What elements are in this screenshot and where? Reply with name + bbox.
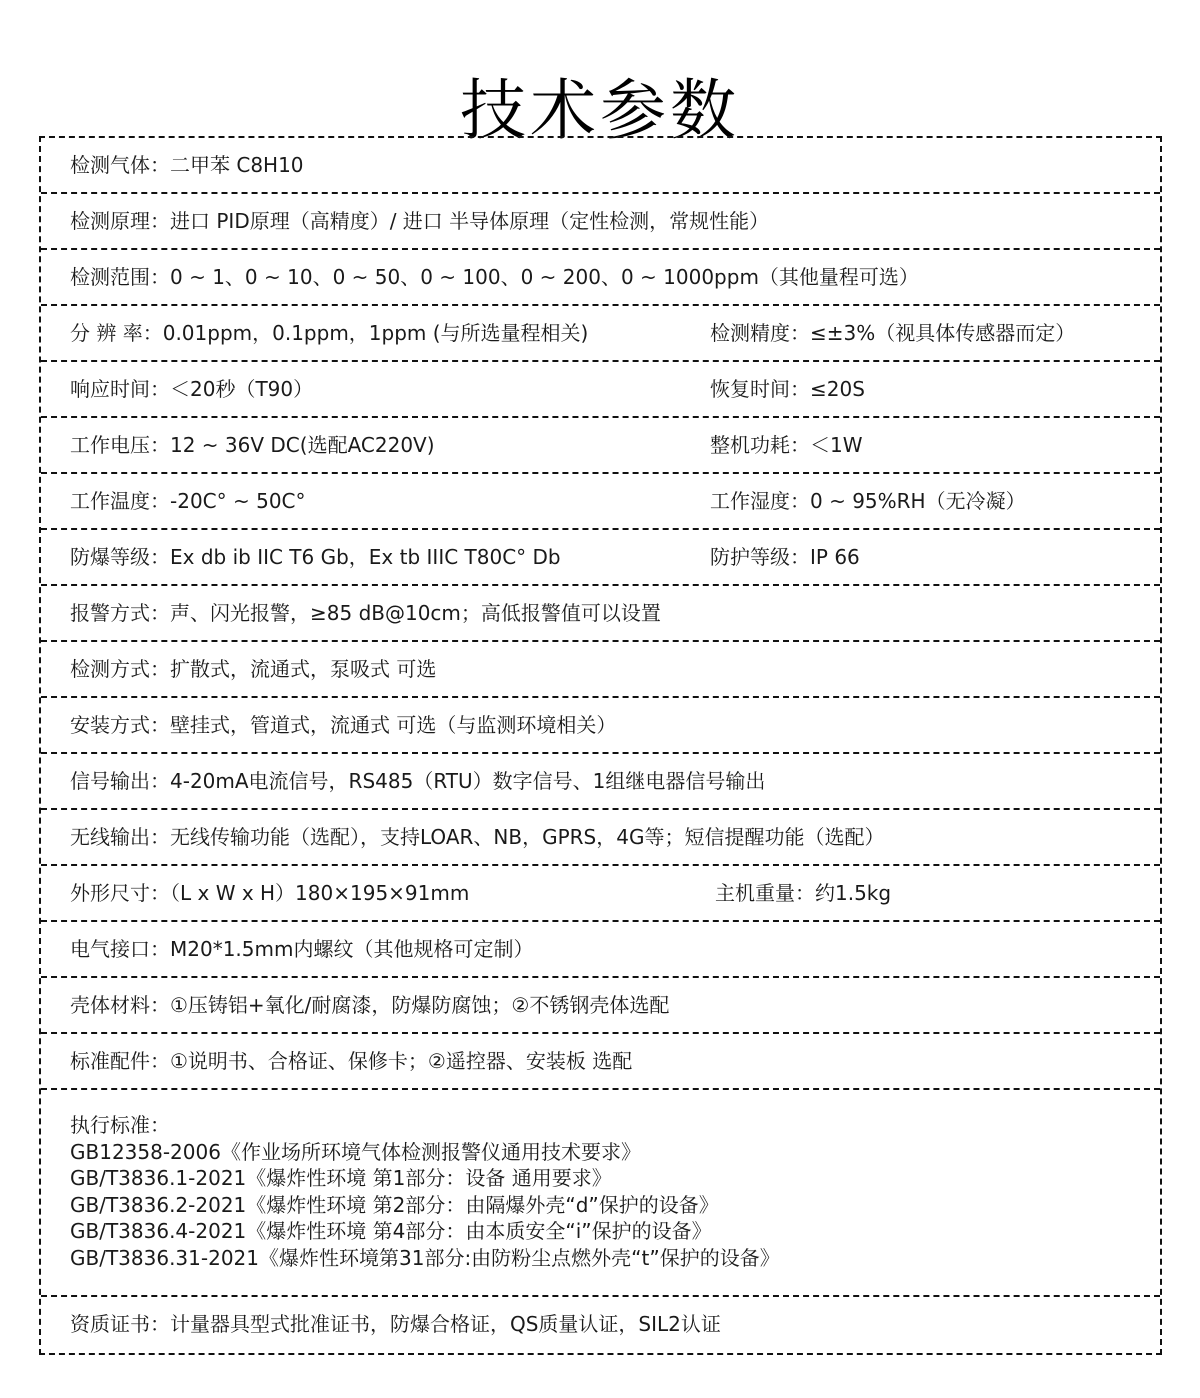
spec-label: 信号输出： (70, 769, 170, 793)
spec-label: 检测范围： (70, 265, 170, 289)
spec-row-explosion-protection: 防爆等级：Ex db ib IIC T6 Gb，Ex tb IIIC T80C°… (41, 530, 1160, 586)
spec-row-wireless-output: 无线输出：无线传输功能（选配），支持LOAR、NB，GPRS，4G等；短信提醒功… (41, 810, 1160, 866)
spec-label: 响应时间： (70, 377, 170, 401)
spec-row-range: 检测范围：0 ~ 1、0 ~ 10、0 ~ 50、0 ~ 100、0 ~ 200… (41, 250, 1160, 306)
spec-cell: 安装方式：壁挂式，管道式，流通式 可选（与监测环境相关） (70, 698, 616, 752)
spec-cell: 无线输出：无线传输功能（选配），支持LOAR、NB，GPRS，4G等；短信提醒功… (70, 810, 884, 864)
spec-row-signal-output: 信号输出：4-20mA电流信号，RS485（RTU）数字信号、1组继电器信号输出 (41, 754, 1160, 810)
spec-label: 防爆等级： (70, 545, 170, 569)
standard-item: GB/T3836.1-2021《爆炸性环境 第1部分：设备 通用要求》 (70, 1165, 1160, 1192)
spec-row-voltage-power: 工作电压：12 ~ 36V DC(选配AC220V) 整机功耗：＜1W (41, 418, 1160, 474)
spec-value: 4-20mA电流信号，RS485（RTU）数字信号、1组继电器信号输出 (170, 769, 765, 793)
spec-cell: 壳体材料：①压铸铝+氧化/耐腐漆，防爆防腐蚀；②不锈钢壳体选配 (70, 978, 669, 1032)
spec-cell: 分 辨 率：0.01ppm，0.1ppm，1ppm (与所选量程相关) (70, 306, 588, 360)
spec-cell: 恢复时间：≤20S (710, 362, 865, 416)
spec-value: ＜20秒（T90） (170, 377, 313, 401)
spec-row-principle: 检测原理：进口 PID原理（高精度）/ 进口 半导体原理（定性检测，常规性能） (41, 194, 1160, 250)
spec-label: 检测方式： (70, 657, 170, 681)
standards-label: 执行标准： (70, 1112, 1160, 1139)
spec-value: ≤±3%（视具体传感器而定） (810, 321, 1075, 345)
spec-value: ≤20S (810, 377, 865, 401)
standard-item: GB/T3836.2-2021《爆炸性环境 第2部分：由隔爆外壳“d”保护的设备… (70, 1192, 1160, 1219)
spec-cell: 检测范围：0 ~ 1、0 ~ 10、0 ~ 50、0 ~ 100、0 ~ 200… (70, 250, 919, 304)
spec-cell: 工作电压：12 ~ 36V DC(选配AC220V) (70, 418, 435, 472)
spec-cell: 电气接口：M20*1.5mm内螺纹（其他规格可定制） (70, 922, 533, 976)
spec-cell: 信号输出：4-20mA电流信号，RS485（RTU）数字信号、1组继电器信号输出 (70, 754, 765, 808)
standards-block: 执行标准： GB12358-2006《作业场所环境气体检测报警仪通用技术要求》 … (41, 1112, 1160, 1271)
spec-row-certificates: 资质证书：计量器具型式批准证书，防爆合格证，QS质量认证，SIL2认证 (41, 1297, 1160, 1353)
spec-label: 电气接口： (70, 937, 170, 961)
spec-row-gas: 检测气体：二甲苯 C8H10 (41, 138, 1160, 194)
spec-row-standards: 执行标准： GB12358-2006《作业场所环境气体检测报警仪通用技术要求》 … (41, 1090, 1160, 1297)
spec-label: 报警方式： (70, 601, 170, 625)
spec-value: 无线传输功能（选配），支持LOAR、NB，GPRS，4G等；短信提醒功能（选配） (170, 825, 884, 849)
spec-value: 0.01ppm，0.1ppm，1ppm (与所选量程相关) (163, 321, 589, 345)
spec-value: 12 ~ 36V DC(选配AC220V) (170, 433, 435, 457)
spec-row-installation: 安装方式：壁挂式，管道式，流通式 可选（与监测环境相关） (41, 698, 1160, 754)
spec-cell: 防护等级：IP 66 (710, 530, 860, 584)
spec-cell: 主机重量：约1.5kg (715, 866, 891, 920)
spec-cell: 响应时间：＜20秒（T90） (70, 362, 313, 416)
spec-label: 工作电压： (70, 433, 170, 457)
spec-value: 0 ~ 95%RH（无冷凝） (810, 489, 1026, 513)
spec-label: 恢复时间： (710, 377, 810, 401)
spec-value: 进口 PID原理（高精度）/ 进口 半导体原理（定性检测，常规性能） (170, 209, 769, 233)
spec-cell: 检测气体：二甲苯 C8H10 (70, 138, 304, 192)
spec-row-dimensions-weight: 外形尺寸：（L x W x H）180×195×91mm 主机重量：约1.5kg (41, 866, 1160, 922)
spec-value: 壁挂式，管道式，流通式 可选（与监测环境相关） (170, 713, 616, 737)
spec-label: 主机重量： (715, 881, 815, 905)
spec-label: 工作湿度： (710, 489, 810, 513)
spec-label: 防护等级： (710, 545, 810, 569)
spec-cell: 整机功耗：＜1W (710, 418, 863, 472)
spec-value: IP 66 (810, 545, 860, 569)
spec-label: 整机功耗： (710, 433, 810, 457)
spec-label: 无线输出： (70, 825, 170, 849)
spec-cell: 检测原理：进口 PID原理（高精度）/ 进口 半导体原理（定性检测，常规性能） (70, 194, 769, 248)
spec-cell: 检测方式：扩散式，流通式，泵吸式 可选 (70, 642, 436, 696)
spec-value: ①压铸铝+氧化/耐腐漆，防爆防腐蚀；②不锈钢壳体选配 (170, 993, 669, 1017)
standard-item: GB/T3836.4-2021《爆炸性环境 第4部分：由本质安全“i”保护的设备… (70, 1218, 1160, 1245)
spec-label: 标准配件： (70, 1049, 170, 1073)
spec-value: （L x W x H）180×195×91mm (170, 881, 469, 905)
spec-label: 壳体材料： (70, 993, 170, 1017)
spec-cell: 检测精度：≤±3%（视具体传感器而定） (710, 306, 1075, 360)
spec-value: -20C° ~ 50C° (170, 489, 306, 513)
standard-item: GB/T3836.31-2021《爆炸性环境第31部分:由防粉尘点燃外壳“t”保… (70, 1245, 1160, 1272)
spec-value: Ex db ib IIC T6 Gb，Ex tb IIIC T80C° Db (170, 545, 561, 569)
spec-cell: 工作湿度：0 ~ 95%RH（无冷凝） (710, 474, 1026, 528)
spec-value: 约1.5kg (815, 881, 891, 905)
spec-cell: 报警方式：声、闪光报警，≥85 dB@10cm；高低报警值可以设置 (70, 586, 661, 640)
spec-value: ＜1W (810, 433, 863, 457)
spec-label: 检测精度： (710, 321, 810, 345)
spec-row-resolution-accuracy: 分 辨 率：0.01ppm，0.1ppm，1ppm (与所选量程相关) 检测精度… (41, 306, 1160, 362)
spec-row-temperature-humidity: 工作温度：-20C° ~ 50C° 工作湿度：0 ~ 95%RH（无冷凝） (41, 474, 1160, 530)
spec-row-electrical-interface: 电气接口：M20*1.5mm内螺纹（其他规格可定制） (41, 922, 1160, 978)
spec-cell: 防爆等级：Ex db ib IIC T6 Gb，Ex tb IIIC T80C°… (70, 530, 561, 584)
spec-label: 检测原理： (70, 209, 170, 233)
spec-label: 安装方式： (70, 713, 170, 737)
spec-label: 外形尺寸： (70, 881, 170, 905)
spec-value: 声、闪光报警，≥85 dB@10cm；高低报警值可以设置 (170, 601, 661, 625)
spec-label: 分 辨 率： (70, 321, 163, 345)
spec-row-response-recovery: 响应时间：＜20秒（T90） 恢复时间：≤20S (41, 362, 1160, 418)
spec-label: 检测气体： (70, 153, 170, 177)
spec-cell: 工作温度：-20C° ~ 50C° (70, 474, 306, 528)
spec-row-accessories: 标准配件：①说明书、合格证、保修卡；②遥控器、安装板 选配 (41, 1034, 1160, 1090)
spec-cell: 标准配件：①说明书、合格证、保修卡；②遥控器、安装板 选配 (70, 1034, 632, 1088)
spec-cell: 资质证书：计量器具型式批准证书，防爆合格证，QS质量认证，SIL2认证 (70, 1297, 721, 1351)
spec-value: 扩散式，流通式，泵吸式 可选 (170, 657, 436, 681)
spec-row-detection-mode: 检测方式：扩散式，流通式，泵吸式 可选 (41, 642, 1160, 698)
spec-cell: 外形尺寸：（L x W x H）180×195×91mm (70, 866, 469, 920)
spec-row-housing-material: 壳体材料：①压铸铝+氧化/耐腐漆，防爆防腐蚀；②不锈钢壳体选配 (41, 978, 1160, 1034)
spec-value: 计量器具型式批准证书，防爆合格证，QS质量认证，SIL2认证 (170, 1312, 721, 1336)
spec-value: 二甲苯 C8H10 (170, 153, 304, 177)
spec-value: M20*1.5mm内螺纹（其他规格可定制） (170, 937, 533, 961)
standard-item: GB12358-2006《作业场所环境气体检测报警仪通用技术要求》 (70, 1139, 1160, 1166)
spec-label: 资质证书： (70, 1312, 170, 1336)
spec-label: 工作温度： (70, 489, 170, 513)
spec-value: ①说明书、合格证、保修卡；②遥控器、安装板 选配 (170, 1049, 632, 1073)
spec-row-alarm: 报警方式：声、闪光报警，≥85 dB@10cm；高低报警值可以设置 (41, 586, 1160, 642)
spec-table: 检测气体：二甲苯 C8H10 检测原理：进口 PID原理（高精度）/ 进口 半导… (39, 136, 1162, 1355)
spec-value: 0 ~ 1、0 ~ 10、0 ~ 50、0 ~ 100、0 ~ 200、0 ~ … (170, 265, 919, 289)
